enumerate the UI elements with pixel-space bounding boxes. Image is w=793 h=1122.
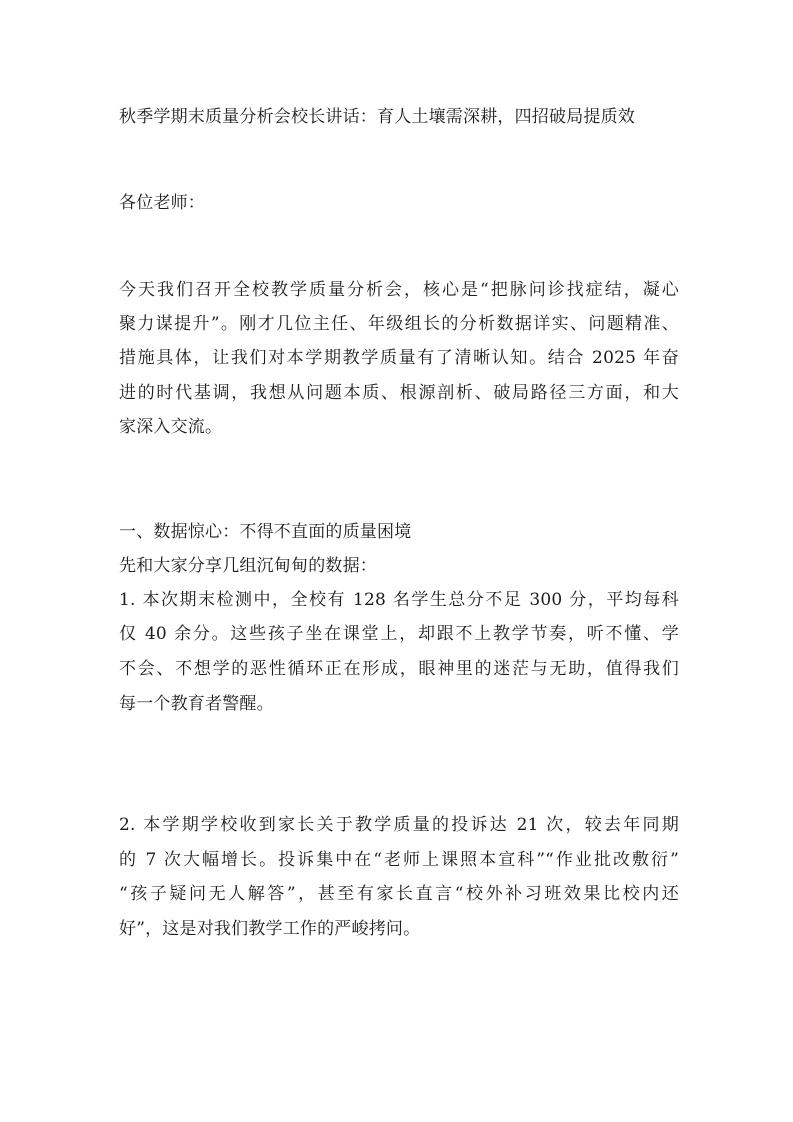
intro-line: 聚力谋提升”。刚才几位主任、年级组长的分析数据详实、问题精准、: [119, 314, 679, 334]
list-item-line: 1. 本次期末检测中，全校有 128 名学生总分不足 300 分，平均每科: [119, 590, 679, 610]
document-title: 秋季学期末质量分析会校长讲话：育人土壤需深耕，四招破局提质效: [119, 107, 679, 127]
salutation: 各位老师：: [119, 193, 679, 213]
intro-line: 今天我们召开全校教学质量分析会，核心是“把脉问诊找症结，凝心: [119, 280, 679, 300]
list-item-line: 好”，这是对我们教学工作的严峻拷问。: [119, 919, 679, 939]
list-item-line: 2. 本学期学校收到家长关于教学质量的投诉达 21 次，较去年同期: [119, 815, 679, 835]
document-page: 秋季学期末质量分析会校长讲话：育人土壤需深耕，四招破局提质效 各位老师： 今天我…: [0, 0, 793, 1122]
list-item-line: 每一个教育者警醒。: [119, 694, 679, 714]
list-item-line: “孩子疑问无人解答”，甚至有家长直言“校外补习班效果比校内还: [119, 884, 679, 904]
list-item-line: 不会、不想学的恶性循环正在形成，眼神里的迷茫与无助，值得我们: [119, 659, 679, 679]
list-item-line: 仅 40 余分。这些孩子坐在课堂上，却跟不上教学节奏，听不懂、学: [119, 624, 679, 644]
section-heading: 一、数据惊心：不得不直面的质量困境: [119, 522, 679, 542]
intro-line: 措施具体，让我们对本学期教学质量有了清晰认知。结合 2025 年奋: [119, 348, 679, 368]
list-item-line: 的 7 次大幅增长。投诉集中在“老师上课照本宣科”“作业批改敷衍”: [119, 850, 679, 870]
intro-line: 家深入交流。: [119, 417, 679, 437]
section-lead: 先和大家分享几组沉甸甸的数据：: [119, 556, 679, 576]
intro-line: 进的时代基调，我想从问题本质、根源剖析、破局路径三方面，和大: [119, 383, 679, 403]
